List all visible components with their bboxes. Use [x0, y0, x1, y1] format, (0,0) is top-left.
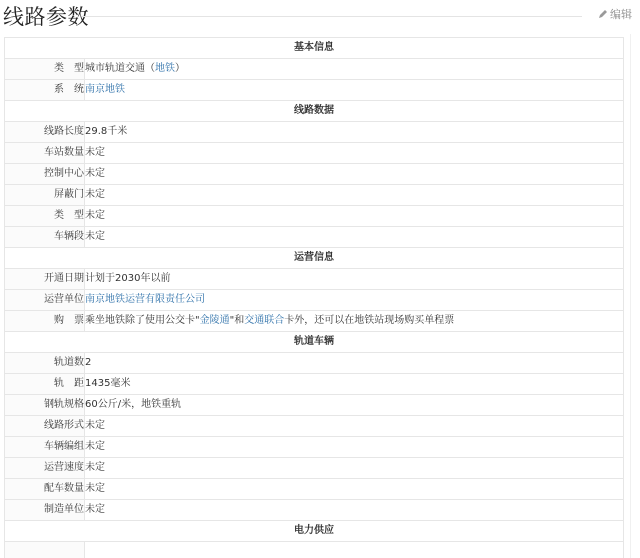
value-text: 卡外，还可以在地铁站现场购买单程票	[284, 315, 454, 326]
table-row: 线路长度29.8千米	[5, 122, 624, 143]
row-label: 开通日期	[5, 269, 85, 290]
table-row: 车辆段未定	[5, 227, 624, 248]
table-row: 类 型未定	[5, 206, 624, 227]
value-text: ）	[175, 63, 185, 74]
line-parameters-table: 基本信息类 型城市轨道交通（地铁）系 统南京地铁线路数据线路长度29.8千米车站…	[4, 37, 624, 558]
section-title: 基本信息	[5, 38, 624, 59]
table-row: 制造单位未定	[5, 500, 624, 521]
title-divider	[260, 16, 582, 17]
section-title: 线路数据	[5, 101, 624, 122]
row-value: 未定	[85, 143, 624, 164]
row-value: 未定	[85, 206, 624, 227]
value-text: 城市轨道交通（	[85, 63, 155, 74]
row-value: 计划于2030年以前	[85, 269, 624, 290]
section-header-row: 基本信息	[5, 38, 624, 59]
table-row: 车辆编组未定	[5, 437, 624, 458]
row-value: 2	[85, 353, 624, 374]
table-row: 屏蔽门未定	[5, 185, 624, 206]
row-label: 轨道数	[5, 353, 85, 374]
row-label: 控制中心	[5, 164, 85, 185]
row-label: 系 统	[5, 80, 85, 101]
row-label: 运营速度	[5, 458, 85, 479]
value-link[interactable]: 金陵通	[200, 315, 230, 326]
row-value: 未定	[85, 164, 624, 185]
row-value: 城市轨道交通（地铁）	[85, 59, 624, 80]
row-value: 60公斤/米，地铁重轨	[85, 395, 624, 416]
edit-button[interactable]: 编辑	[598, 7, 632, 23]
row-value: 1435毫米	[85, 374, 624, 395]
table-row: 运营速度未定	[5, 458, 624, 479]
row-label: 车辆编组	[5, 437, 85, 458]
panel-edge	[630, 34, 631, 558]
row-value: 29.8千米	[85, 122, 624, 143]
table-row: 购 票乘坐地铁除了使用公交卡"金陵通"和交通联合卡外，还可以在地铁站现场购买单程…	[5, 311, 624, 332]
section-title: 电力供应	[5, 521, 624, 542]
row-label: 轨 距	[5, 374, 85, 395]
table-row: 轨道数2	[5, 353, 624, 374]
row-value: 未定	[85, 500, 624, 521]
value-link[interactable]: 南京地铁	[85, 84, 125, 95]
row-value: 未定	[85, 416, 624, 437]
table-row	[5, 542, 624, 558]
row-value: 未定	[85, 185, 624, 206]
row-value: 乘坐地铁除了使用公交卡"金陵通"和交通联合卡外，还可以在地铁站现场购买单程票	[85, 311, 624, 332]
row-label: 运营单位	[5, 290, 85, 311]
row-value: 未定	[85, 227, 624, 248]
section-title: 运营信息	[5, 248, 624, 269]
table-row: 运营单位南京地铁运营有限责任公司	[5, 290, 624, 311]
row-value	[85, 542, 624, 558]
value-link[interactable]: 地铁	[155, 63, 175, 74]
row-label: 制造单位	[5, 500, 85, 521]
table-row: 类 型城市轨道交通（地铁）	[5, 59, 624, 80]
row-label: 类 型	[5, 206, 85, 227]
row-value: 未定	[85, 479, 624, 500]
row-value: 未定	[85, 458, 624, 479]
row-label	[5, 542, 85, 558]
row-label: 线路长度	[5, 122, 85, 143]
row-label: 线路形式	[5, 416, 85, 437]
table-row: 车站数量未定	[5, 143, 624, 164]
row-label: 屏蔽门	[5, 185, 85, 206]
value-link[interactable]: 南京地铁运营有限责任公司	[85, 294, 205, 305]
edit-label: 编辑	[610, 8, 632, 21]
row-value: 未定	[85, 437, 624, 458]
pencil-icon	[598, 9, 608, 19]
row-value: 南京地铁运营有限责任公司	[85, 290, 624, 311]
section-header-row: 电力供应	[5, 521, 624, 542]
row-label: 车站数量	[5, 143, 85, 164]
row-value: 南京地铁	[85, 80, 624, 101]
row-label: 购 票	[5, 311, 85, 332]
row-label: 配车数量	[5, 479, 85, 500]
row-label: 车辆段	[5, 227, 85, 248]
section-header-row: 运营信息	[5, 248, 624, 269]
value-link[interactable]: 交通联合	[244, 315, 284, 326]
value-text: "和	[230, 315, 245, 326]
row-label: 类 型	[5, 59, 85, 80]
table-row: 轨 距1435毫米	[5, 374, 624, 395]
page-title: 线路参数	[3, 2, 89, 32]
table-row: 配车数量未定	[5, 479, 624, 500]
title-bar: 线路参数 编辑	[0, 0, 640, 36]
section-title: 轨道车辆	[5, 332, 624, 353]
table-row: 控制中心未定	[5, 164, 624, 185]
table-row: 开通日期计划于2030年以前	[5, 269, 624, 290]
section-header-row: 线路数据	[5, 101, 624, 122]
row-label: 钢轨规格	[5, 395, 85, 416]
table-row: 系 统南京地铁	[5, 80, 624, 101]
value-text: 乘坐地铁除了使用公交卡"	[85, 315, 200, 326]
table-row: 线路形式未定	[5, 416, 624, 437]
title-divider	[82, 16, 260, 17]
table-row: 钢轨规格60公斤/米，地铁重轨	[5, 395, 624, 416]
section-header-row: 轨道车辆	[5, 332, 624, 353]
